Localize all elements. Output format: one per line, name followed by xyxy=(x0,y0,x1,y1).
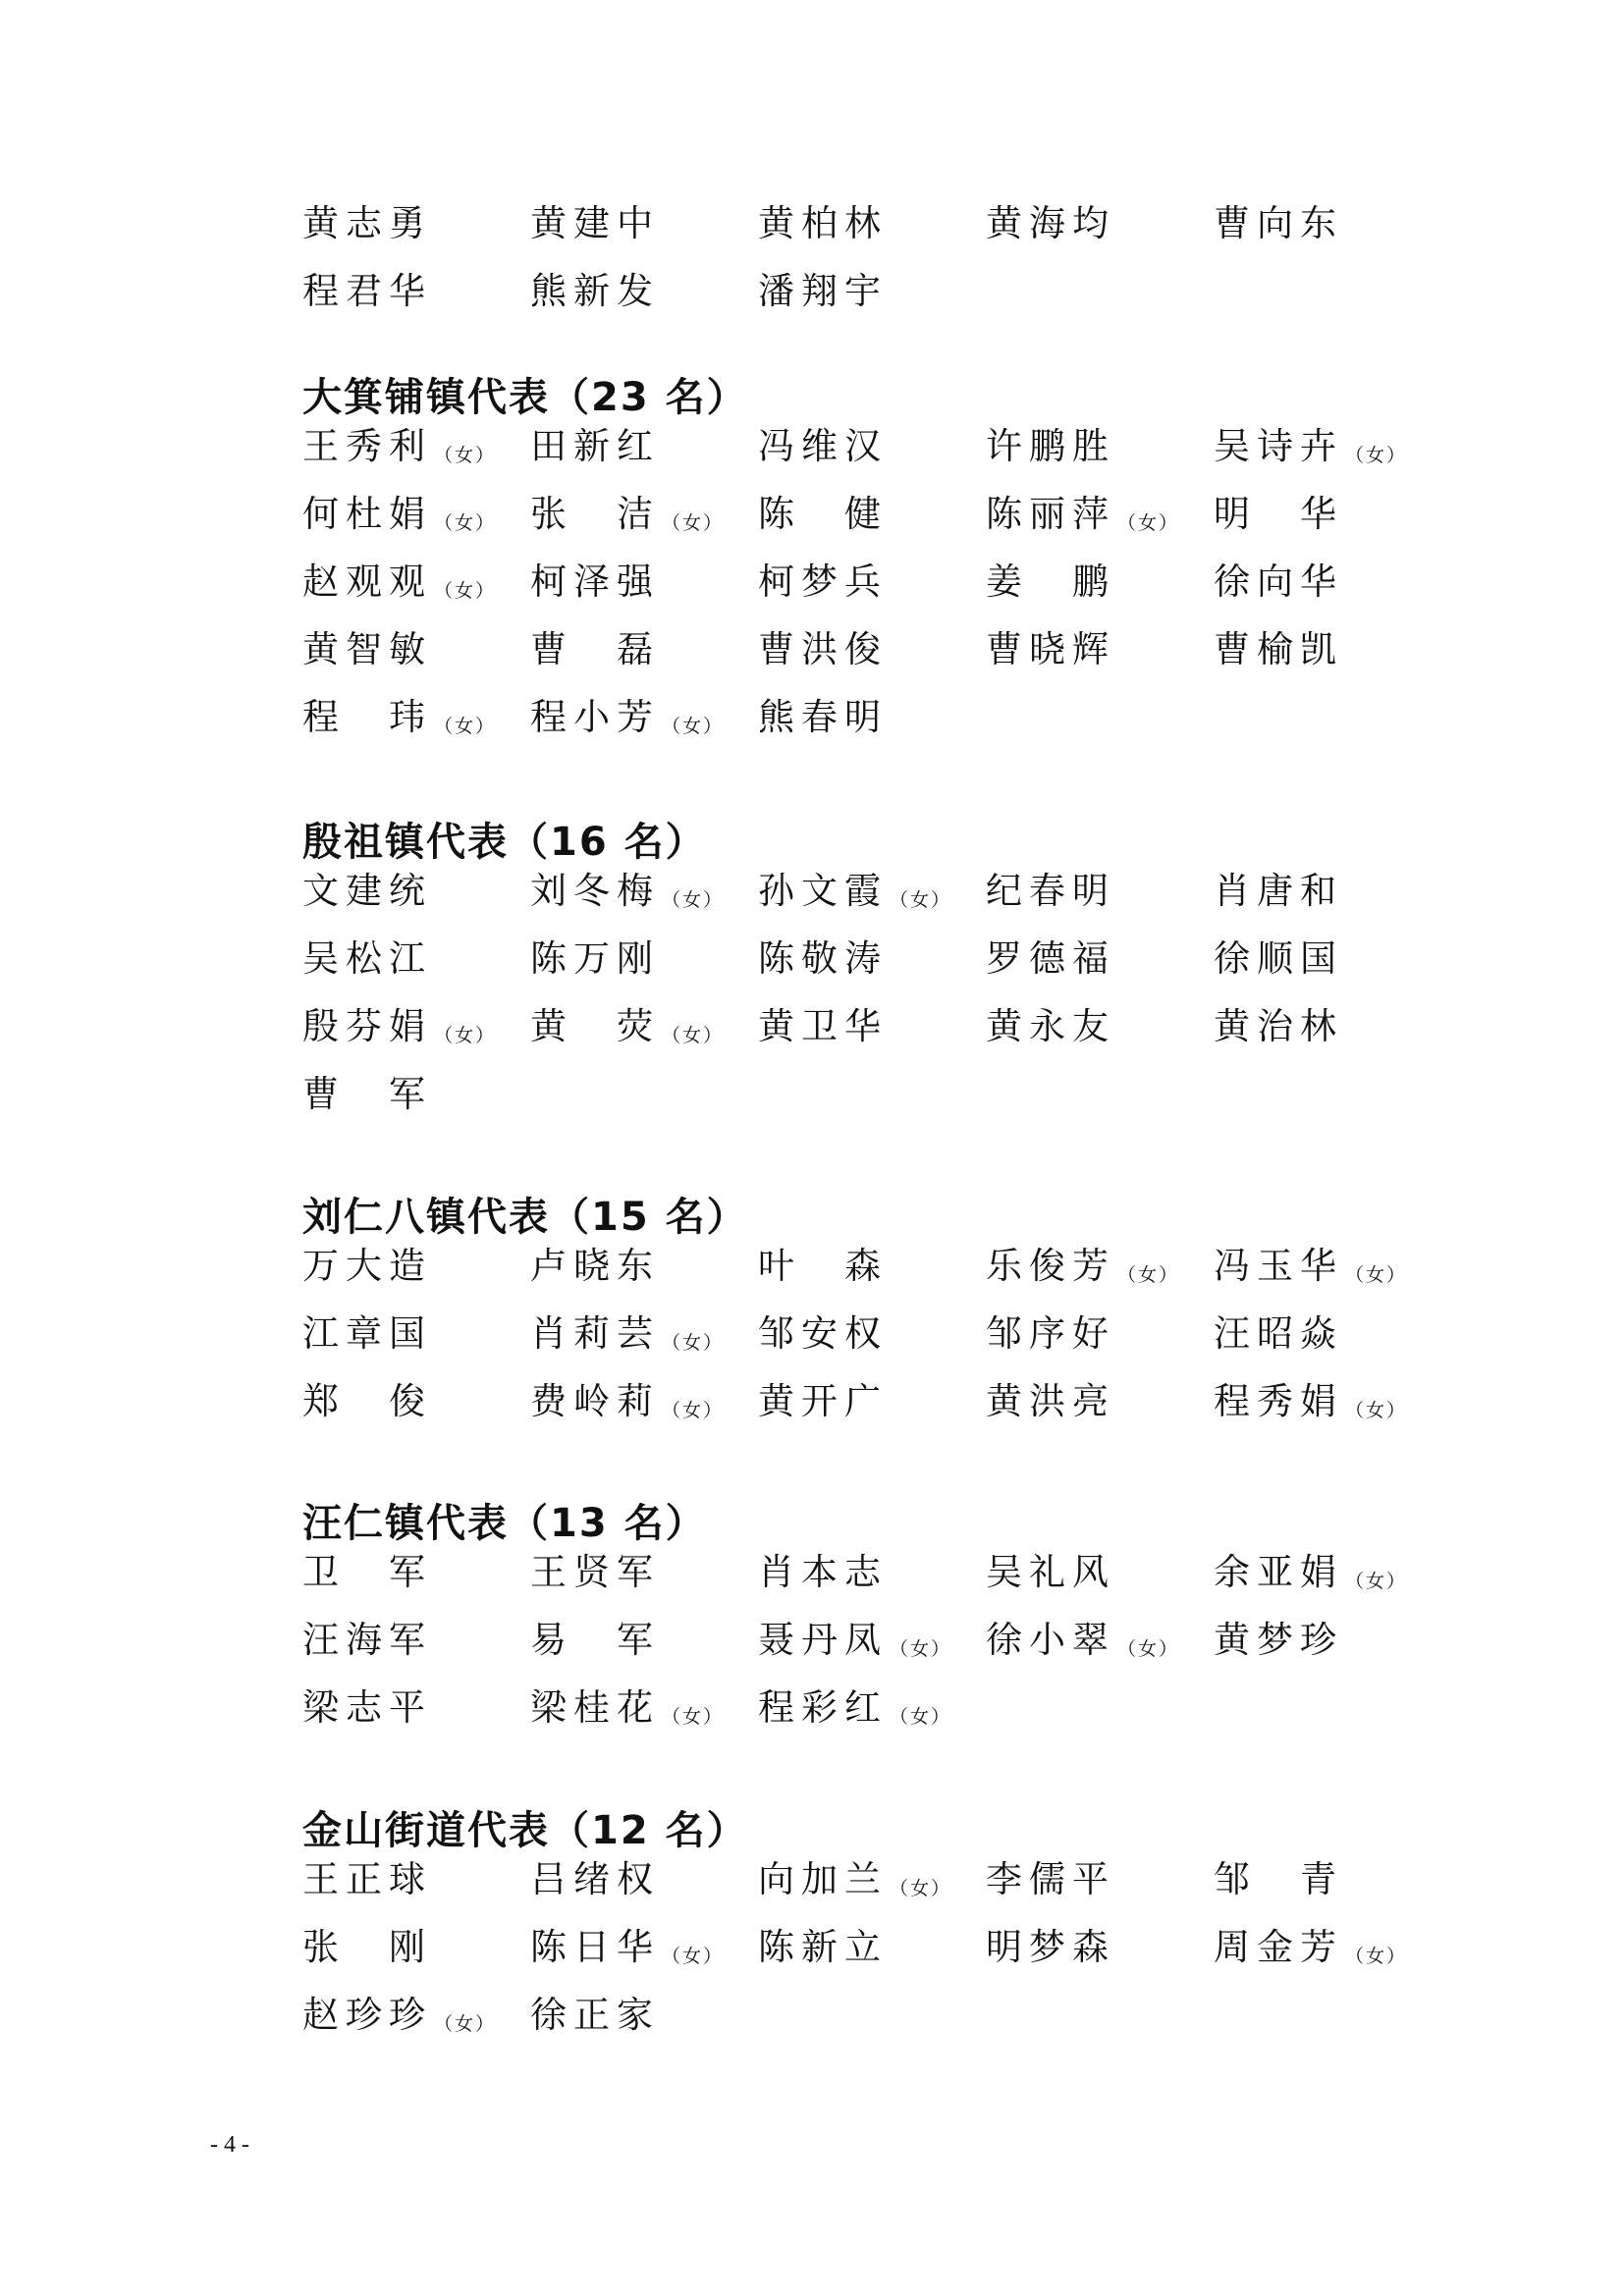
delegate-name: 曹向东 xyxy=(1214,199,1343,248)
delegate-name: 王正球 xyxy=(302,1855,432,1904)
delegate-name: 黄智敏 xyxy=(302,625,432,674)
delegate-name: 李儒平 xyxy=(986,1855,1115,1904)
name-text: 陈敬涛 xyxy=(758,937,888,980)
name-text: 邹 青 xyxy=(1214,1858,1343,1900)
name-text: 陈新立 xyxy=(758,1926,888,1968)
delegate-name: 明梦森 xyxy=(986,1923,1115,1972)
name-text: 黄建中 xyxy=(530,202,660,244)
delegate-name: 徐正家 xyxy=(530,1991,660,2040)
name-text: 吴松江 xyxy=(302,937,432,980)
name-text: 梁志平 xyxy=(302,1686,432,1729)
delegate-name: 徐小翠（女） xyxy=(986,1616,1179,1665)
name-text: 陈 健 xyxy=(758,493,888,535)
delegate-name: 明 华 xyxy=(1214,490,1343,539)
delegate-name: 曹 军 xyxy=(302,1070,432,1119)
name-text: 江章国 xyxy=(302,1312,432,1355)
name-text: 黄柏林 xyxy=(758,202,888,244)
name-row: 万大造 卢晓东 叶 森 乐俊芳（女） 冯玉华（女） xyxy=(302,1242,1441,1291)
name-text: 曹向东 xyxy=(1214,202,1343,244)
delegate-name: 曹晓辉 xyxy=(986,625,1115,674)
delegate-name: 肖莉芸（女） xyxy=(530,1309,724,1359)
delegate-name: 汪海军 xyxy=(302,1616,432,1665)
delegate-name: 吴松江 xyxy=(302,934,432,984)
delegate-name: 黄海均 xyxy=(986,199,1115,248)
delegate-name: 易 军 xyxy=(530,1616,660,1665)
female-marker: （女） xyxy=(1117,1638,1179,1660)
delegate-name: 黄治林 xyxy=(1214,1002,1343,1051)
name-text: 程君华 xyxy=(302,270,432,312)
female-marker: （女） xyxy=(890,889,951,911)
name-text: 陈丽萍 xyxy=(986,493,1115,535)
female-marker: （女） xyxy=(662,1332,724,1354)
name-text: 汪海军 xyxy=(302,1619,432,1661)
name-text: 吕绪权 xyxy=(530,1858,660,1900)
name-row: 王秀利（女） 田新红 冯维汉 许鹏胜 吴诗卉（女） xyxy=(302,422,1441,471)
delegate-name: 陈日华（女） xyxy=(530,1923,724,1972)
delegate-name: 万大造 xyxy=(302,1242,432,1291)
delegate-name: 徐向华 xyxy=(1214,558,1343,607)
name-row: 黄智敏 曹 磊 曹洪俊 曹晓辉 曹榆凯 xyxy=(302,625,1441,674)
delegate-name: 周金芳（女） xyxy=(1214,1923,1407,1972)
name-row: 赵观观（女） 柯泽强 柯梦兵 姜 鹏 徐向华 xyxy=(302,558,1441,607)
name-text: 吴诗卉 xyxy=(1214,425,1343,467)
name-text: 肖唐和 xyxy=(1214,870,1343,912)
name-text: 赵观观 xyxy=(302,561,432,603)
delegate-name: 冯玉华（女） xyxy=(1214,1242,1407,1291)
name-row: 吴松江 陈万刚 陈敬涛 罗德福 徐顺国 xyxy=(302,934,1441,984)
name-row: 程 玮（女） 程小芳（女） 熊春明 xyxy=(302,693,1441,742)
name-text: 徐向华 xyxy=(1214,561,1343,603)
name-text: 乐俊芳 xyxy=(986,1245,1115,1287)
name-text: 何杜娟 xyxy=(302,493,432,535)
delegate-name: 程 玮（女） xyxy=(302,693,496,742)
female-marker: （女） xyxy=(1117,512,1179,534)
name-row: 郑 俊 费岭莉（女） 黄开广 黄洪亮 程秀娟（女） xyxy=(302,1377,1441,1426)
delegate-name: 黄建中 xyxy=(530,199,660,248)
delegate-name: 郑 俊 xyxy=(302,1377,432,1426)
delegate-name: 肖唐和 xyxy=(1214,867,1343,916)
delegate-name: 吴礼风 xyxy=(986,1548,1115,1597)
delegate-name: 卢晓东 xyxy=(530,1242,660,1291)
name-text: 王正球 xyxy=(302,1858,432,1900)
name-row: 王正球 吕绪权 向加兰（女） 李儒平 邹 青 xyxy=(302,1855,1441,1904)
name-text: 许鹏胜 xyxy=(986,425,1115,467)
delegate-name: 陈万刚 xyxy=(530,934,660,984)
delegate-name: 乐俊芳（女） xyxy=(986,1242,1179,1291)
name-text: 黄永友 xyxy=(986,1005,1115,1047)
name-row: 何杜娟（女） 张 洁（女） 陈 健 陈丽萍（女） 明 华 xyxy=(302,490,1441,539)
name-text: 纪春明 xyxy=(986,870,1115,912)
delegate-name: 梁桂花（女） xyxy=(530,1683,724,1733)
delegate-name: 黄洪亮 xyxy=(986,1377,1115,1426)
name-row: 文建统 刘冬梅（女） 孙文霞（女） 纪春明 肖唐和 xyxy=(302,867,1441,916)
name-row: 殷芬娟（女） 黄 荧（女） 黄卫华 黄永友 黄治林 xyxy=(302,1002,1441,1051)
delegate-name: 吴诗卉（女） xyxy=(1214,422,1407,471)
delegate-name: 冯维汉 xyxy=(758,422,888,471)
delegate-name: 向加兰（女） xyxy=(758,1855,951,1904)
name-text: 邹序好 xyxy=(986,1312,1115,1355)
delegate-name: 王秀利（女） xyxy=(302,422,496,471)
name-row: 张 刚 陈日华（女） 陈新立 明梦森 周金芳（女） xyxy=(302,1923,1441,1972)
delegate-name: 聂丹凤（女） xyxy=(758,1616,951,1665)
name-row: 汪海军 易 军 聂丹凤（女） 徐小翠（女） 黄梦珍 xyxy=(302,1616,1441,1665)
name-row: 江章国 肖莉芸（女） 邹安权 邹序好 汪昭焱 xyxy=(302,1309,1441,1359)
name-text: 殷芬娟 xyxy=(302,1005,432,1047)
delegate-name: 叶 森 xyxy=(758,1242,888,1291)
name-text: 吴礼风 xyxy=(986,1551,1115,1593)
name-text: 姜 鹏 xyxy=(986,561,1115,603)
section-heading: 刘仁八镇代表（15 名） xyxy=(302,1193,748,1242)
section-heading: 殷祖镇代表（16 名） xyxy=(302,818,707,867)
name-text: 程 玮 xyxy=(302,696,432,738)
name-row: 赵珍珍（女） 徐正家 xyxy=(302,1991,1441,2040)
name-text: 向加兰 xyxy=(758,1858,888,1900)
name-text: 叶 森 xyxy=(758,1245,888,1287)
delegate-name: 刘冬梅（女） xyxy=(530,867,724,916)
name-text: 明梦森 xyxy=(986,1926,1115,1968)
name-text: 黄海均 xyxy=(986,202,1115,244)
name-text: 潘翔宇 xyxy=(758,270,888,312)
name-text: 明 华 xyxy=(1214,493,1343,535)
delegate-name: 邹安权 xyxy=(758,1309,888,1359)
delegate-name: 余亚娟（女） xyxy=(1214,1548,1407,1597)
name-text: 田新红 xyxy=(530,425,660,467)
delegate-name: 黄卫华 xyxy=(758,1002,888,1051)
female-marker: （女） xyxy=(662,889,724,911)
name-text: 余亚娟 xyxy=(1214,1551,1343,1593)
female-marker: （女） xyxy=(1345,1946,1407,1967)
delegate-name: 熊新发 xyxy=(530,267,660,316)
delegate-name: 潘翔宇 xyxy=(758,267,888,316)
name-text: 文建统 xyxy=(302,870,432,912)
name-text: 王秀利 xyxy=(302,425,432,467)
delegate-name: 柯泽强 xyxy=(530,558,660,607)
female-marker: （女） xyxy=(890,1638,951,1660)
name-text: 曹榆凯 xyxy=(1214,628,1343,670)
name-text: 易 军 xyxy=(530,1619,660,1661)
delegate-name: 姜 鹏 xyxy=(986,558,1115,607)
female-marker: （女） xyxy=(1345,1264,1407,1286)
name-text: 陈万刚 xyxy=(530,937,660,980)
female-marker: （女） xyxy=(890,1878,951,1899)
delegate-name: 黄永友 xyxy=(986,1002,1115,1051)
name-row: 梁志平 梁桂花（女） 程彩红（女） xyxy=(302,1683,1441,1733)
delegate-name: 许鹏胜 xyxy=(986,422,1115,471)
female-marker: （女） xyxy=(434,716,496,737)
section-heading: 金山街道代表（12 名） xyxy=(302,1806,748,1855)
delegate-name: 陈丽萍（女） xyxy=(986,490,1179,539)
name-text: 罗德福 xyxy=(986,937,1115,980)
delegate-name: 费岭莉（女） xyxy=(530,1377,724,1426)
delegate-name: 赵珍珍（女） xyxy=(302,1991,496,2040)
name-text: 黄梦珍 xyxy=(1214,1619,1343,1661)
name-text: 黄开广 xyxy=(758,1380,888,1422)
delegate-name: 殷芬娟（女） xyxy=(302,1002,496,1051)
delegate-name: 程彩红（女） xyxy=(758,1683,951,1733)
female-marker: （女） xyxy=(662,1706,724,1728)
name-text: 邹安权 xyxy=(758,1312,888,1355)
delegate-name: 江章国 xyxy=(302,1309,432,1359)
name-text: 刘冬梅 xyxy=(530,870,660,912)
delegate-name: 柯梦兵 xyxy=(758,558,888,607)
delegate-name: 王贤军 xyxy=(530,1548,660,1597)
female-marker: （女） xyxy=(662,1400,724,1421)
female-marker: （女） xyxy=(434,580,496,602)
name-text: 程秀娟 xyxy=(1214,1380,1343,1422)
delegate-name: 邹序好 xyxy=(986,1309,1115,1359)
delegate-name: 程小芳（女） xyxy=(530,693,724,742)
name-text: 徐顺国 xyxy=(1214,937,1343,980)
name-text: 曹晓辉 xyxy=(986,628,1115,670)
name-row: 程君华 熊新发 潘翔宇 xyxy=(302,267,1441,316)
name-text: 肖莉芸 xyxy=(530,1312,660,1355)
delegate-name: 卫 军 xyxy=(302,1548,432,1597)
name-row: 黄志勇 黄建中 黄柏林 黄海均 曹向东 xyxy=(302,199,1441,248)
name-text: 黄洪亮 xyxy=(986,1380,1115,1422)
female-marker: （女） xyxy=(434,445,496,466)
delegate-name: 黄柏林 xyxy=(758,199,888,248)
delegate-name: 陈新立 xyxy=(758,1923,888,1972)
name-text: 周金芳 xyxy=(1214,1926,1343,1968)
name-text: 黄志勇 xyxy=(302,202,432,244)
name-text: 黄智敏 xyxy=(302,628,432,670)
female-marker: （女） xyxy=(662,512,724,534)
name-text: 张 刚 xyxy=(302,1926,432,1968)
female-marker: （女） xyxy=(662,1025,724,1046)
female-marker: （女） xyxy=(662,1946,724,1967)
name-text: 熊新发 xyxy=(530,270,660,312)
name-text: 熊春明 xyxy=(758,696,888,738)
name-text: 肖本志 xyxy=(758,1551,888,1593)
delegate-name: 熊春明 xyxy=(758,693,888,742)
delegate-name: 赵观观（女） xyxy=(302,558,496,607)
name-row: 曹 军 xyxy=(302,1070,1441,1119)
delegate-name: 孙文霞（女） xyxy=(758,867,951,916)
name-text: 费岭莉 xyxy=(530,1380,660,1422)
female-marker: （女） xyxy=(1345,1400,1407,1421)
name-text: 黄治林 xyxy=(1214,1005,1343,1047)
name-text: 孙文霞 xyxy=(758,870,888,912)
name-text: 张 洁 xyxy=(530,493,660,535)
delegate-name: 肖本志 xyxy=(758,1548,888,1597)
delegate-name: 程秀娟（女） xyxy=(1214,1377,1407,1426)
name-text: 曹洪俊 xyxy=(758,628,888,670)
name-text: 冯玉华 xyxy=(1214,1245,1343,1287)
delegate-name: 纪春明 xyxy=(986,867,1115,916)
delegate-name: 张 洁（女） xyxy=(530,490,724,539)
delegate-name: 曹榆凯 xyxy=(1214,625,1343,674)
name-text: 曹 磊 xyxy=(530,628,660,670)
female-marker: （女） xyxy=(434,512,496,534)
name-text: 万大造 xyxy=(302,1245,432,1287)
delegate-name: 黄梦珍 xyxy=(1214,1616,1343,1665)
delegate-name: 吕绪权 xyxy=(530,1855,660,1904)
name-text: 李儒平 xyxy=(986,1858,1115,1900)
female-marker: （女） xyxy=(434,2013,496,2035)
delegate-name: 邹 青 xyxy=(1214,1855,1343,1904)
name-text: 徐小翠 xyxy=(986,1619,1115,1661)
name-text: 汪昭焱 xyxy=(1214,1312,1343,1355)
female-marker: （女） xyxy=(1117,1264,1179,1286)
name-text: 卢晓东 xyxy=(530,1245,660,1287)
name-text: 冯维汉 xyxy=(758,425,888,467)
section-heading: 大箕铺镇代表（23 名） xyxy=(302,373,748,422)
delegate-name: 罗德福 xyxy=(986,934,1115,984)
name-text: 柯梦兵 xyxy=(758,561,888,603)
delegate-name: 曹 磊 xyxy=(530,625,660,674)
name-text: 赵珍珍 xyxy=(302,1994,432,2036)
name-text: 卫 军 xyxy=(302,1551,432,1593)
female-marker: （女） xyxy=(434,1025,496,1046)
name-text: 聂丹凤 xyxy=(758,1619,888,1661)
delegate-name: 田新红 xyxy=(530,422,660,471)
delegate-name: 黄 荧（女） xyxy=(530,1002,724,1051)
name-text: 徐正家 xyxy=(530,1994,660,2036)
name-text: 柯泽强 xyxy=(530,561,660,603)
delegate-name: 黄志勇 xyxy=(302,199,432,248)
delegate-name: 程君华 xyxy=(302,267,432,316)
delegate-name: 张 刚 xyxy=(302,1923,432,1972)
delegate-name: 曹洪俊 xyxy=(758,625,888,674)
delegate-name: 黄开广 xyxy=(758,1377,888,1426)
name-text: 黄卫华 xyxy=(758,1005,888,1047)
delegate-name: 徐顺国 xyxy=(1214,934,1343,984)
delegate-name: 何杜娟（女） xyxy=(302,490,496,539)
name-text: 黄 荧 xyxy=(530,1005,660,1047)
female-marker: （女） xyxy=(662,716,724,737)
delegate-name: 梁志平 xyxy=(302,1683,432,1733)
name-text: 程彩红 xyxy=(758,1686,888,1729)
delegate-name: 汪昭焱 xyxy=(1214,1309,1343,1359)
document-page: 黄志勇 黄建中 黄柏林 黄海均 曹向东 程君华 熊新发 潘翔宇 大箕铺镇代表（2… xyxy=(0,0,1624,2296)
name-row: 卫 军 王贤军 肖本志 吴礼风 余亚娟（女） xyxy=(302,1548,1441,1597)
name-text: 程小芳 xyxy=(530,696,660,738)
page-number: - 4 - xyxy=(210,2130,249,2160)
delegate-name: 陈 健 xyxy=(758,490,888,539)
name-text: 陈日华 xyxy=(530,1926,660,1968)
female-marker: （女） xyxy=(1345,445,1407,466)
delegate-name: 陈敬涛 xyxy=(758,934,888,984)
delegate-name: 文建统 xyxy=(302,867,432,916)
section-heading: 汪仁镇代表（13 名） xyxy=(302,1499,707,1548)
name-text: 曹 军 xyxy=(302,1073,432,1115)
female-marker: （女） xyxy=(1345,1571,1407,1592)
name-text: 王贤军 xyxy=(530,1551,660,1593)
female-marker: （女） xyxy=(890,1706,951,1728)
name-text: 梁桂花 xyxy=(530,1686,660,1729)
name-text: 郑 俊 xyxy=(302,1380,432,1422)
